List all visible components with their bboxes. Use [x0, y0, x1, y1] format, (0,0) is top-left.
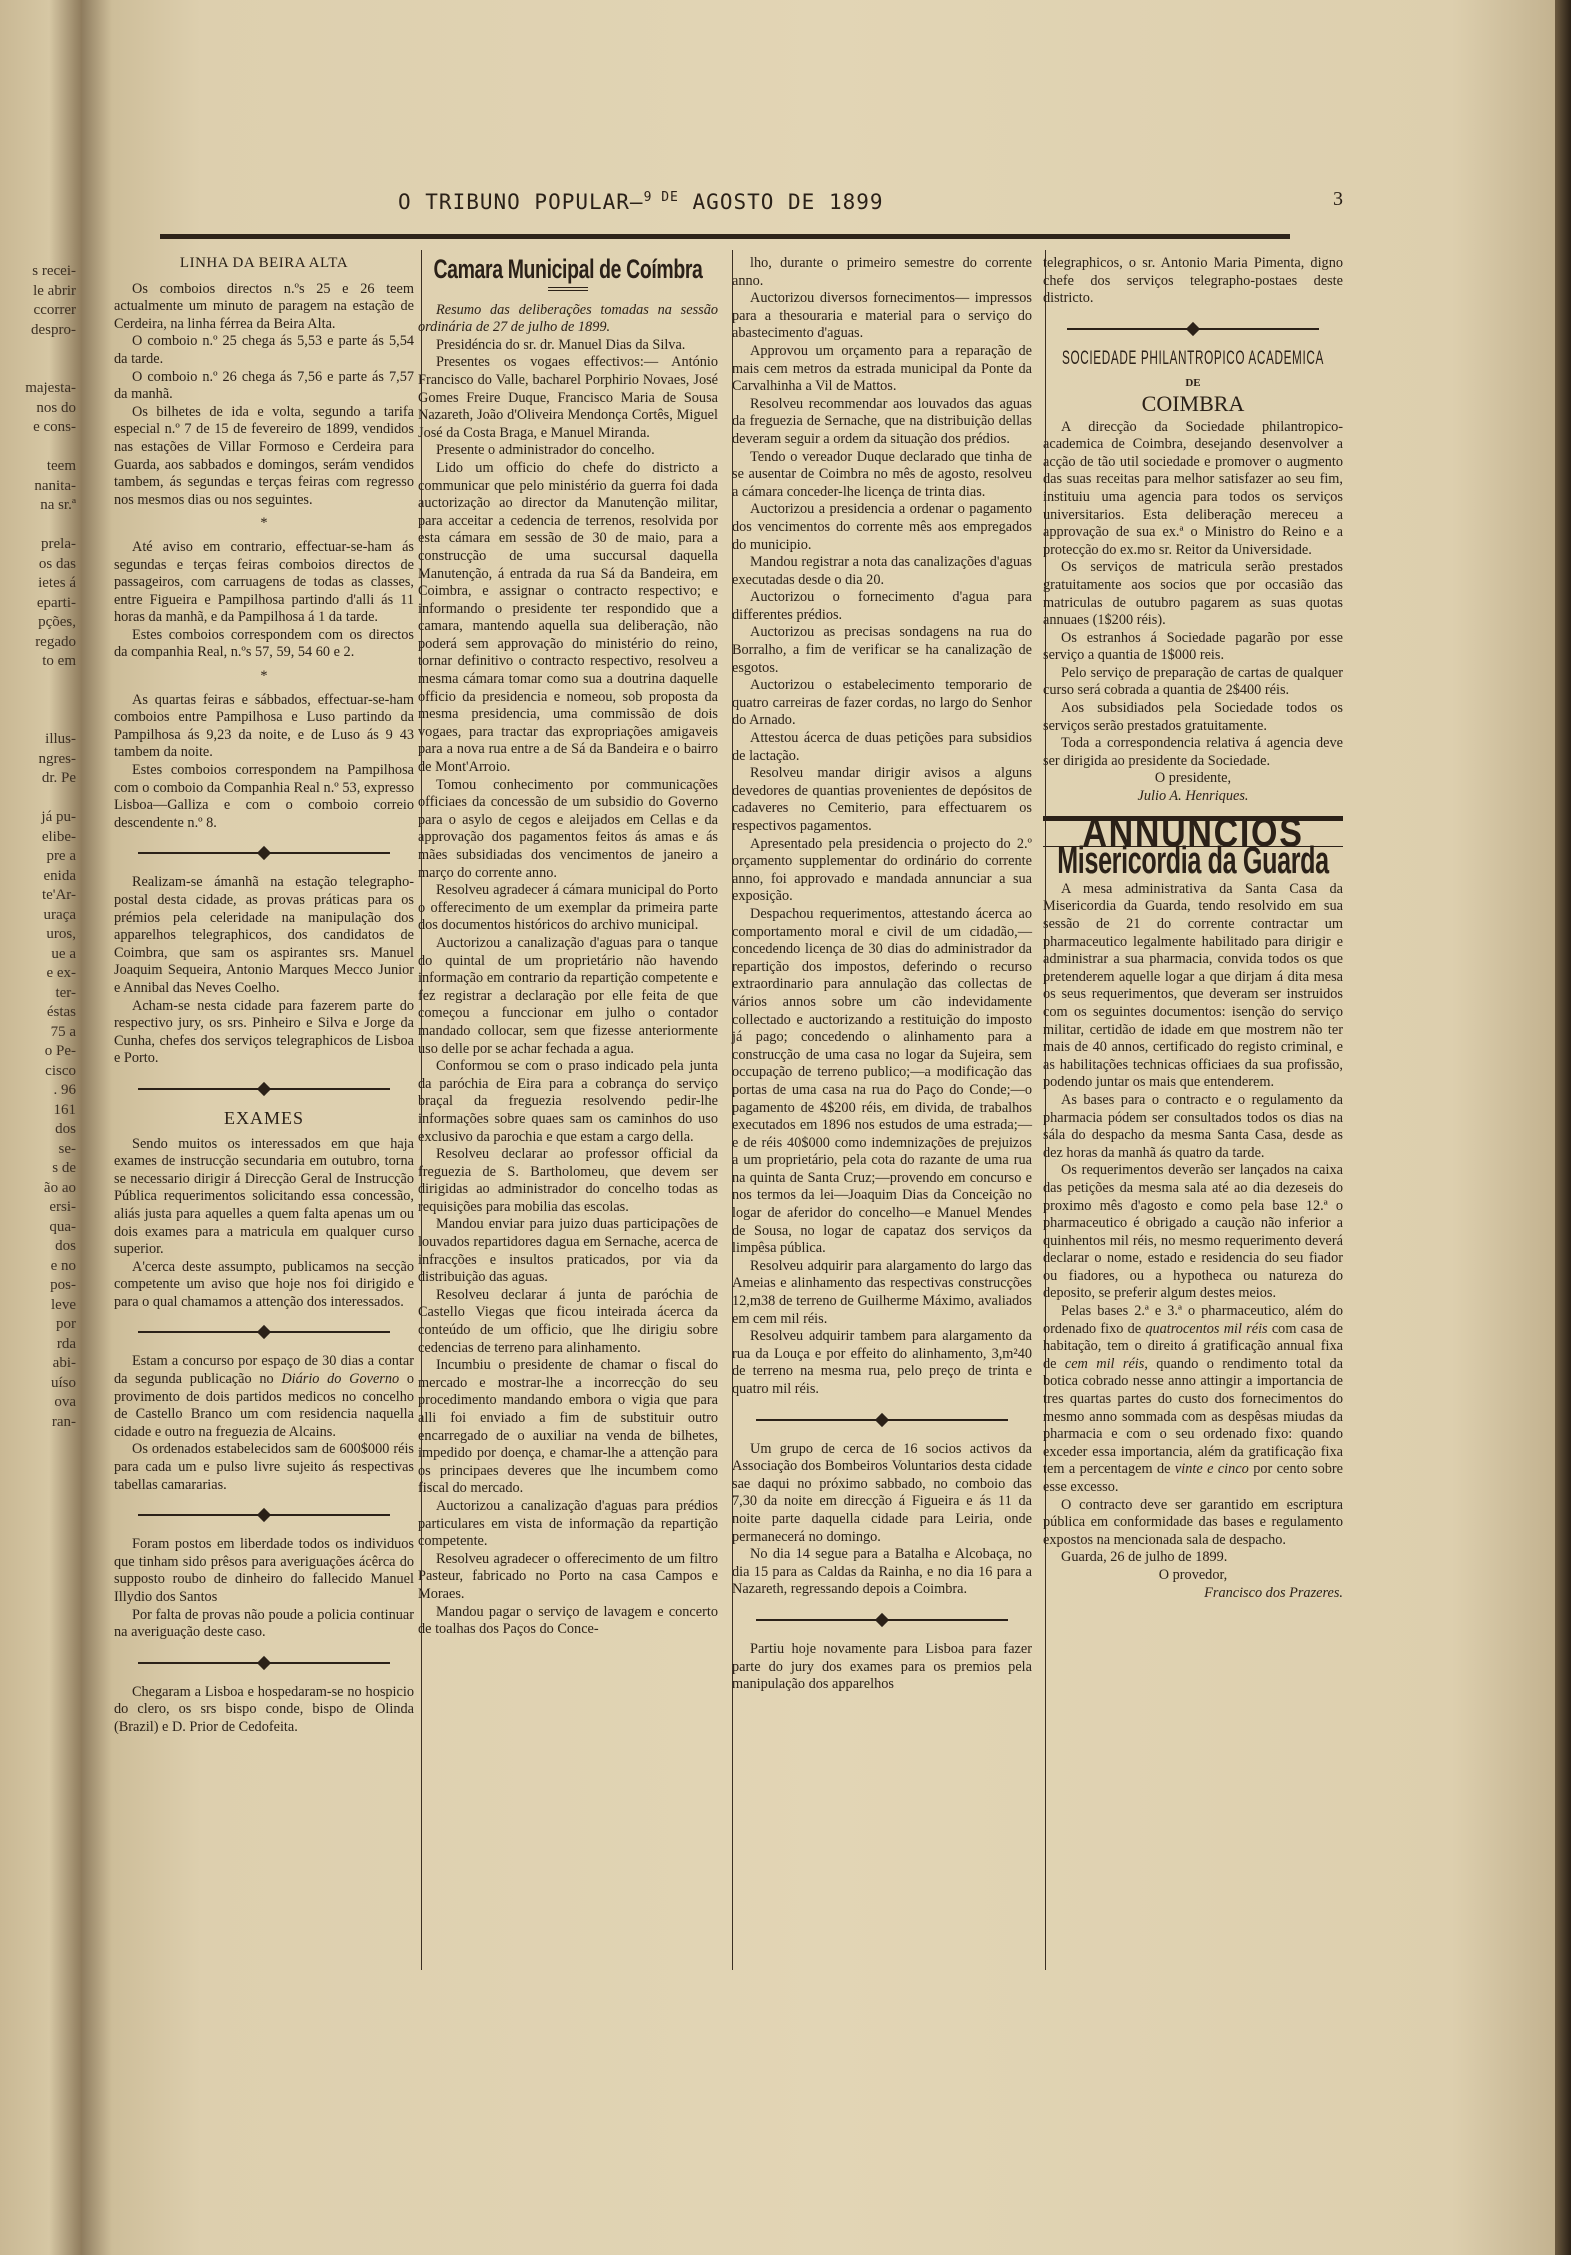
paragraph: As quartas feiras e sábbados, effectuar-…: [114, 692, 414, 762]
paragraph: Acham-se nesta cidade para fazerem parte…: [114, 998, 414, 1068]
previous-page-text-fragment: se-: [59, 1140, 77, 1159]
paragraph: Aos subsidiados pela Sociedade todos os …: [1043, 700, 1343, 735]
masthead-day: 9 DE: [644, 190, 679, 205]
previous-page-text-fragment: pos-: [50, 1276, 76, 1295]
previous-page-text-fragment: e no: [51, 1257, 76, 1276]
paragraph: Despachou requerimentos, attestando ácer…: [732, 906, 1032, 1258]
previous-page-text-fragment: ietes á: [38, 574, 76, 593]
paragraph: Pelo serviço de preparação de cartas de …: [1043, 665, 1343, 700]
paragraph: Resolveu recommendar aos louvados das ag…: [732, 396, 1032, 449]
previous-page-text-fragment: s de: [52, 1159, 76, 1178]
previous-page-text-fragment: ran-: [52, 1413, 76, 1432]
place-date: Guarda, 26 de julho de 1899.: [1043, 1549, 1343, 1567]
previous-page-text-fragment: ngres-: [39, 750, 77, 769]
previous-page-text-fragment: ue a: [51, 945, 76, 964]
previous-page-text-fragment: o Pe-: [45, 1042, 76, 1061]
paragraph: Mandou enviar para juizo duas participaç…: [418, 1216, 718, 1286]
previous-page-text-fragment: e ex-: [46, 964, 76, 983]
contracto-paragraph: O contracto deve ser garantido em escrip…: [1043, 1497, 1343, 1550]
paragraph: Lido um officio do chefe do districto a …: [418, 460, 718, 777]
previous-page-text-fragment: e cons-: [33, 418, 76, 437]
paragraph: Resolveu agradecer o offerecimento de um…: [418, 1551, 718, 1604]
paragraph: Approvou um orçamento para a reparação d…: [732, 343, 1032, 396]
previous-page-text-fragment: illus-: [45, 730, 76, 749]
previous-page-text-fragment: ão ao: [44, 1179, 76, 1198]
previous-page-text-fragment: prela-: [41, 535, 76, 554]
previous-page-text-fragment: rda: [57, 1335, 76, 1354]
previous-page-text-fragment: na sr.ª: [40, 496, 76, 515]
paragraph: No dia 14 segue para a Batalha e Alcobaç…: [732, 1546, 1032, 1599]
page-number: 3: [1333, 188, 1343, 211]
previous-page-text-fragment: qua-: [49, 1218, 76, 1237]
lisboa-paragraph: Chegaram a Lisboa e hospedaram-se no hos…: [114, 1684, 414, 1737]
previous-page-text-fragment: por: [56, 1315, 76, 1334]
previous-page-text-fragment: to em: [42, 652, 76, 671]
previous-page-text-fragment: ova: [54, 1393, 76, 1412]
previous-page-text-fragment: teem: [47, 457, 76, 476]
paragraph: Resolveu mandar dirigir avisos a alguns …: [732, 765, 1032, 835]
previous-page-text-fragment: ccorrer: [34, 301, 76, 320]
previous-page-text-fragment: le abrir: [33, 282, 76, 301]
paragraph: Por falta de provas não poude a policia …: [114, 1607, 414, 1642]
previous-page-text-fragment: dos: [55, 1120, 76, 1139]
paragraph: Apresentado pela presidencia o projecto …: [732, 836, 1032, 906]
previous-page-text-fragment: ter-: [55, 984, 76, 1003]
paragraph: Presidéncia do sr. dr. Manuel Dias da Si…: [418, 337, 718, 355]
signature-name: Julio A. Henriques.: [1043, 788, 1343, 806]
ornamental-separator: [138, 846, 390, 860]
paragraph: Auctorizou as precisas sondagens na rua …: [732, 624, 1032, 677]
previous-page-text-fragment: 75 a: [51, 1023, 76, 1042]
paragraph: Mandou pagar o serviço de lavagem e conc…: [418, 1604, 718, 1639]
previous-page-text-fragment: pre a: [46, 847, 76, 866]
ordenados-paragraph: Os ordenados estabelecidos sam de 600$00…: [114, 1441, 414, 1494]
masthead-rule: [160, 234, 1290, 239]
masthead: O TRIBUNO POPULAR—9 DE AGOSTO DE 1899: [398, 190, 884, 214]
paragraph: Auctorizou a presidencia a ordenar o pag…: [732, 501, 1032, 554]
ornamental-separator: [138, 1325, 390, 1339]
previous-page-text-fragment: . 96: [54, 1081, 77, 1100]
previous-page-text-fragment: uros,: [46, 925, 76, 944]
ornamental-separator: [138, 1082, 390, 1096]
paragraph: Auctorizou diversos fornecimentos— impre…: [732, 290, 1032, 343]
previous-page-text-fragment: leve: [51, 1296, 76, 1315]
ornamental-separator: [1067, 322, 1319, 336]
previous-page-text-fragment: eparti-: [37, 594, 76, 613]
previous-page-text-fragment: dos: [55, 1237, 76, 1256]
ornamental-separator: [756, 1413, 1008, 1427]
previous-page-text-fragment: cisco: [45, 1062, 76, 1081]
exames-heading: EXAMES: [114, 1110, 414, 1128]
previous-page-text-fragment: nos do: [36, 399, 76, 418]
paragraph: Attestou ácerca de duas petições para su…: [732, 730, 1032, 765]
paragraph: Auctorizou o estabelecimento temporario …: [732, 677, 1032, 730]
paragraph: Resolveu adquirir para alargamento do la…: [732, 1258, 1032, 1328]
paragraph: O comboio n.º 25 chega ás 5,53 e parte á…: [114, 333, 414, 368]
previous-page-text-fragment: éstas: [47, 1003, 76, 1022]
partiu-paragraph: Partiu hoje novamente para Lisboa para f…: [732, 1641, 1032, 1694]
star-separator: *: [114, 515, 414, 533]
paragraph: Tomou conhecimento por communicações off…: [418, 777, 718, 883]
previous-page-text-fragment: ersi-: [49, 1198, 76, 1217]
column-1: LINHA DA BEIRA ALTA Os comboios directos…: [114, 255, 414, 1737]
provedor-name: Francisco dos Prazeres.: [1043, 1585, 1343, 1603]
previous-page-text-fragment: 161: [54, 1101, 77, 1120]
masthead-date: AGOSTO DE 1899: [679, 190, 884, 214]
paragraph: Conformou se com o praso indicado pela j…: [418, 1058, 718, 1146]
paragraph: Resolveu declarar ao professor official …: [418, 1146, 718, 1216]
paragraph: Realizam-se ámanhã na estação telegrapho…: [114, 874, 414, 997]
previous-page-text-fragment: uraça: [44, 906, 76, 925]
paragraph: Resolveu adquirir tambem para alargament…: [732, 1328, 1032, 1398]
paragraph: Auctorizou a canalização d'aguas para o …: [418, 935, 718, 1058]
linha-beira-alta-heading: LINHA DA BEIRA ALTA: [114, 255, 414, 273]
camara-municipal-heading: Camara Municipal de Coímbra: [424, 261, 712, 279]
paragraph: Resolveu agradecer á cámara municipal do…: [418, 882, 718, 935]
camara-subtitle: Resumo das deliberações tomadas na sessã…: [418, 302, 718, 337]
paragraph: A mesa administrativa da Santa Casa da M…: [1043, 881, 1343, 1092]
ornamental-separator: [138, 1508, 390, 1522]
previous-page-text-fragment: s recei-: [32, 262, 76, 281]
column-4: telegraphicos, o sr. Antonio Maria Pimen…: [1043, 255, 1343, 1602]
paragraph: Os comboios directos n.ºs 25 e 26 teem a…: [114, 281, 414, 334]
previous-page-text-fragment: te'Ar-: [42, 886, 76, 905]
paragraph: Os bilhetes de ida e volta, segundo a ta…: [114, 404, 414, 510]
paragraph: Incumbiu o presidente de chamar o fiscal…: [418, 1357, 718, 1498]
paragraph: Mandou registrar a nota das canalizações…: [732, 554, 1032, 589]
previous-page-text-fragment: despro-: [31, 321, 76, 340]
paragraph: Os estranhos á Sociedade pagarão por ess…: [1043, 630, 1343, 665]
paragraph: Os serviços de matricula serão prestados…: [1043, 559, 1343, 629]
telegraphicos-continuation: telegraphicos, o sr. Antonio Maria Pimen…: [1043, 255, 1343, 308]
paragraph: Os requerimentos deverão ser lançados na…: [1043, 1162, 1343, 1303]
paragraph: Auctorizou o fornecimento d'agua para di…: [732, 589, 1032, 624]
paragraph: Até aviso em contrario, effectuar-se-ham…: [114, 539, 414, 627]
masthead-title: O TRIBUNO POPULAR—: [398, 190, 644, 214]
paragraph: Estes comboios correspondem com os direc…: [114, 627, 414, 662]
previous-page-edge: s recei-le abrirccorrerdespro-majesta-no…: [0, 0, 82, 2255]
sociedade-heading: SOCIEDADE PHILANTROPICO ACADEMICA: [1044, 350, 1342, 368]
previous-page-text-fragment: elibe-: [42, 828, 76, 847]
short-double-rule: [548, 287, 588, 288]
previous-page-text-fragment: enida: [44, 867, 76, 886]
paragraph: Um grupo de cerca de 16 socios activos d…: [732, 1441, 1032, 1547]
provedor-title: O provedor,: [1043, 1567, 1343, 1585]
bases-paragraph: Pelas bases 2.ª e 3.ª o pharmaceutico, a…: [1043, 1303, 1343, 1497]
previous-page-text-fragment: pções,: [38, 613, 76, 632]
previous-page-text-fragment: majesta-: [25, 379, 76, 398]
previous-page-text-fragment: dr. Pe: [42, 769, 76, 788]
paragraph: As bases para o contracto e o regulament…: [1043, 1092, 1343, 1162]
paragraph: A'cerca deste assumpto, publicamos na se…: [114, 1259, 414, 1312]
column-3: lho, durante o primeiro semestre do corr…: [732, 255, 1032, 1694]
paragraph: Tendo o vereador Duque declarado que tin…: [732, 449, 1032, 502]
column-2: Camara Municipal de Coímbra Resumo das d…: [418, 255, 718, 1639]
previous-page-text-fragment: já pu-: [41, 808, 76, 827]
misericordia-heading: Misericordia da Guarda: [1041, 853, 1345, 871]
previous-page-text-fragment: abi-: [53, 1354, 76, 1373]
previous-page-text-fragment: os das: [39, 555, 76, 574]
ornamental-separator: [138, 1656, 390, 1670]
ornamental-separator: [756, 1613, 1008, 1627]
paragraph: Foram postos em liberdade todos os indiv…: [114, 1536, 414, 1606]
previous-page-text-fragment: nanita-: [34, 477, 76, 496]
paragraph: O comboio n.º 26 chega ás 7,56 e parte á…: [114, 369, 414, 404]
paragraph: Resolveu declarar á junta de paróchia de…: [418, 1287, 718, 1357]
paragraph: Estes comboios correspondem na Pampilhos…: [114, 762, 414, 832]
signature-title: O presidente,: [1043, 770, 1343, 788]
paragraph: A direcção da Sociedade philantropico-ac…: [1043, 419, 1343, 560]
paragraph: Sendo muitos os interessados em que haja…: [114, 1136, 414, 1259]
sociedade-city: COIMBRA: [1043, 395, 1343, 413]
paragraph: Auctorizou a canalização d'aguas para pr…: [418, 1498, 718, 1551]
paragraph: Presentes os vogaes effectivos:— António…: [418, 354, 718, 442]
star-separator: *: [114, 668, 414, 686]
paragraph: Presente o administrador do concelho.: [418, 442, 718, 460]
previous-page-text-fragment: uíso: [51, 1374, 76, 1393]
paragraph: Toda a correspondencia relativa á agenci…: [1043, 735, 1343, 770]
paragraph: lho, durante o primeiro semestre do corr…: [732, 255, 1032, 290]
page-edge-shadow: [1555, 0, 1571, 2255]
previous-page-text-fragment: regado: [35, 633, 76, 652]
concurso-paragraph: Estam a concurso por espaço de 30 dias a…: [114, 1353, 414, 1441]
